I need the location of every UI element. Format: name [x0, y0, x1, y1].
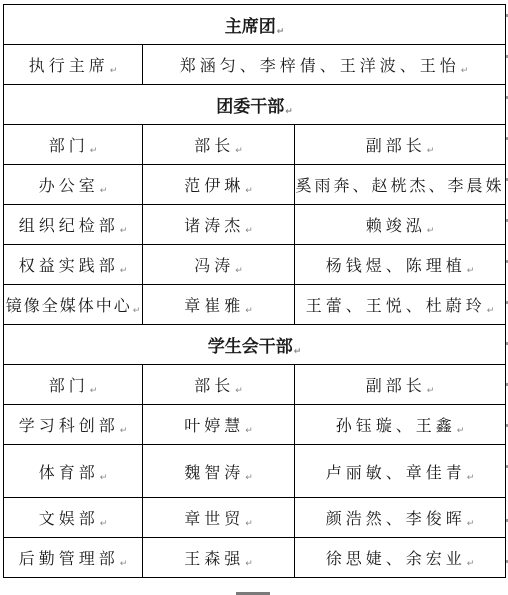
members-text: 郑涵匀、李梓倩、王洋波、王怡	[180, 56, 460, 75]
head-cell: 魏智涛↵	[143, 445, 295, 498]
section-header-row: 团委干部↵	[4, 85, 506, 125]
paragraph-mark-icon: ↵	[100, 473, 108, 483]
deputy-text: 颜浩然、李俊晖	[326, 509, 466, 528]
deputy-cell: 徐思婕、余宏业↵	[295, 538, 506, 578]
table-row: 权益实践部↵ 冯涛↵ 杨钱煜、陈理植↵	[4, 245, 506, 285]
deputy-text: 卢丽敏、章佳青	[326, 463, 466, 482]
paragraph-mark-icon: ↵	[245, 559, 253, 569]
paragraph-mark-icon: ↵	[461, 66, 469, 76]
head-cell: 范伊琳↵	[143, 165, 295, 205]
section-header-row: 学生会干部↵	[4, 325, 506, 365]
paragraph-mark-icon: ↵	[427, 226, 435, 236]
dept-text: 办公室	[39, 176, 99, 195]
dept-cell: 镜像全媒体中心↵	[4, 285, 143, 325]
header-head: 部长↵	[143, 365, 295, 405]
head-text: 王森强	[184, 549, 244, 568]
head-text: 叶婷慧	[184, 416, 244, 435]
paragraph-mark-icon: ↵	[90, 386, 98, 396]
paragraph-mark-icon: ↵	[90, 146, 98, 156]
role-cell: 执行主席↵	[4, 45, 143, 85]
section-title-student-union: 学生会干部↵	[4, 325, 506, 365]
deputy-cell: 杨钱煜、陈理植↵	[295, 245, 506, 285]
dept-text: 文娱部	[39, 509, 99, 528]
header-text: 部长	[194, 136, 234, 155]
paragraph-mark-icon: ↵	[110, 66, 118, 76]
paragraph-mark-icon: ↵	[245, 473, 253, 483]
deputy-text: 奚雨奔、赵桄杰、李晨姝	[296, 176, 505, 195]
paragraph-mark-icon: ↵	[457, 426, 465, 436]
paragraph-mark-icon: ↵	[235, 386, 243, 396]
paragraph-mark-icon: ↵	[245, 226, 253, 236]
dept-cell: 体育部↵	[4, 445, 143, 498]
head-cell: 章崔雅↵	[143, 285, 295, 325]
deputy-text: 赖竣泓	[366, 216, 426, 235]
section-title-text: 主席团	[225, 17, 276, 37]
table-row: 办公室↵ 范伊琳↵ 奚雨奔、赵桄杰、李晨姝	[4, 165, 506, 205]
paragraph-mark-icon: ↵	[245, 426, 253, 436]
paragraph-mark-icon: ↵	[235, 146, 243, 156]
table-row: 体育部↵ 魏智涛↵ 卢丽敏、章佳青↵	[4, 445, 506, 498]
header-head: 部长↵	[143, 125, 295, 165]
members-cell: 郑涵匀、李梓倩、王洋波、王怡↵	[143, 45, 506, 85]
paragraph-mark-icon: ↵	[235, 266, 243, 276]
paragraph-mark-icon: ↵	[467, 266, 475, 276]
head-cell: 王森强↵	[143, 538, 295, 578]
head-text: 范伊琳	[184, 176, 244, 195]
paragraph-mark-icon: ↵	[245, 186, 253, 196]
paragraph-mark-icon: ↵	[277, 27, 285, 37]
paragraph-mark-icon: ↵	[120, 426, 128, 436]
header-text: 副部长	[366, 136, 426, 155]
paragraph-mark-icon: ↵	[427, 386, 435, 396]
head-text: 魏智涛	[184, 463, 244, 482]
deputy-cell: 颜浩然、李俊晖↵	[295, 498, 506, 538]
head-cell: 冯涛↵	[143, 245, 295, 285]
head-cell: 诸涛杰↵	[143, 205, 295, 245]
head-cell: 章世贸↵	[143, 498, 295, 538]
column-header-row: 部门↵ 部长↵ 副部长↵	[4, 365, 506, 405]
paragraph-mark-icon: ↵	[467, 519, 475, 529]
dept-cell: 办公室↵	[4, 165, 143, 205]
header-text: 部门	[49, 376, 89, 395]
paragraph-mark-icon: ↵	[120, 266, 128, 276]
paragraph-mark-icon: ↵	[294, 347, 302, 357]
section-header-row: 主席团↵	[4, 5, 506, 45]
paragraph-mark-icon: ↵	[487, 306, 495, 316]
dept-cell: 文娱部↵	[4, 498, 143, 538]
dept-cell: 组织纪检部↵	[4, 205, 143, 245]
table-row: 执行主席↵ 郑涵匀、李梓倩、王洋波、王怡↵	[4, 45, 506, 85]
head-text: 章崔雅	[184, 296, 244, 315]
deputy-cell: 孙钰璇、王鑫↵	[295, 405, 506, 445]
head-text: 章世贸	[184, 509, 244, 528]
paragraph-mark-icon: ↵	[245, 519, 253, 529]
role-text: 执行主席	[29, 56, 109, 75]
section-title-text: 团委干部	[216, 97, 284, 117]
deputy-cell: 王蕾、王悦、杜蔚玲↵	[295, 285, 506, 325]
header-text: 部长	[194, 376, 234, 395]
deputy-cell: 卢丽敏、章佳青↵	[295, 445, 506, 498]
dept-text: 权益实践部	[19, 256, 119, 275]
deputy-cell: 奚雨奔、赵桄杰、李晨姝	[295, 165, 506, 205]
header-deputy: 副部长↵	[295, 365, 506, 405]
table-row: 学习科创部↵ 叶婷慧↵ 孙钰璇、王鑫↵	[4, 405, 506, 445]
column-header-row: 部门↵ 部长↵ 副部长↵	[4, 125, 506, 165]
dept-text: 后勤管理部	[19, 549, 119, 568]
paragraph-mark-icon: ↵	[285, 107, 293, 117]
paragraph-mark-icon: ↵	[120, 559, 128, 569]
deputy-cell: 赖竣泓↵	[295, 205, 506, 245]
paragraph-mark-icon: ↵	[133, 306, 141, 316]
head-cell: 叶婷慧↵	[143, 405, 295, 445]
paragraph-mark-icon: ↵	[120, 226, 128, 236]
head-text: 冯涛	[194, 256, 234, 275]
table-row: 镜像全媒体中心↵ 章崔雅↵ 王蕾、王悦、杜蔚玲↵	[4, 285, 506, 325]
header-text: 部门	[49, 136, 89, 155]
section-title-presidium: 主席团↵	[4, 5, 506, 45]
paragraph-mark-icon: ↵	[467, 559, 475, 569]
paragraph-mark-icon: ↵	[427, 146, 435, 156]
header-deputy: 副部长↵	[295, 125, 506, 165]
paragraph-mark-icon: ↵	[467, 473, 475, 483]
paragraph-mark-icon: ↵	[100, 519, 108, 529]
officer-roster-table: 主席团↵ 执行主席↵ 郑涵匀、李梓倩、王洋波、王怡↵ 团委干部↵ 部门↵ 部长↵…	[3, 4, 506, 578]
dept-cell: 后勤管理部↵	[4, 538, 143, 578]
table-row: 文娱部↵ 章世贸↵ 颜浩然、李俊晖↵	[4, 498, 506, 538]
deputy-text: 王蕾、王悦、杜蔚玲	[306, 296, 486, 315]
header-dept: 部门↵	[4, 125, 143, 165]
paragraph-mark-icon: ↵	[100, 186, 108, 196]
table-row: 组织纪检部↵ 诸涛杰↵ 赖竣泓↵	[4, 205, 506, 245]
dept-text: 镜像全媒体中心	[6, 296, 132, 315]
dept-cell: 权益实践部↵	[4, 245, 143, 285]
deputy-text: 杨钱煜、陈理植	[326, 256, 466, 275]
section-title-league-committee: 团委干部↵	[4, 85, 506, 125]
dept-text: 学习科创部	[19, 416, 119, 435]
head-text: 诸涛杰	[184, 216, 244, 235]
deputy-text: 徐思婕、余宏业	[326, 549, 466, 568]
table-row: 后勤管理部↵ 王森强↵ 徐思婕、余宏业↵	[4, 538, 506, 578]
header-dept: 部门↵	[4, 365, 143, 405]
paragraph-mark-icon: ↵	[245, 306, 253, 316]
dept-text: 体育部	[39, 463, 99, 482]
dept-cell: 学习科创部↵	[4, 405, 143, 445]
deputy-text: 孙钰璇、王鑫	[336, 416, 456, 435]
header-text: 副部长	[366, 376, 426, 395]
section-title-text: 学生会干部	[208, 337, 293, 357]
dept-text: 组织纪检部	[19, 216, 119, 235]
